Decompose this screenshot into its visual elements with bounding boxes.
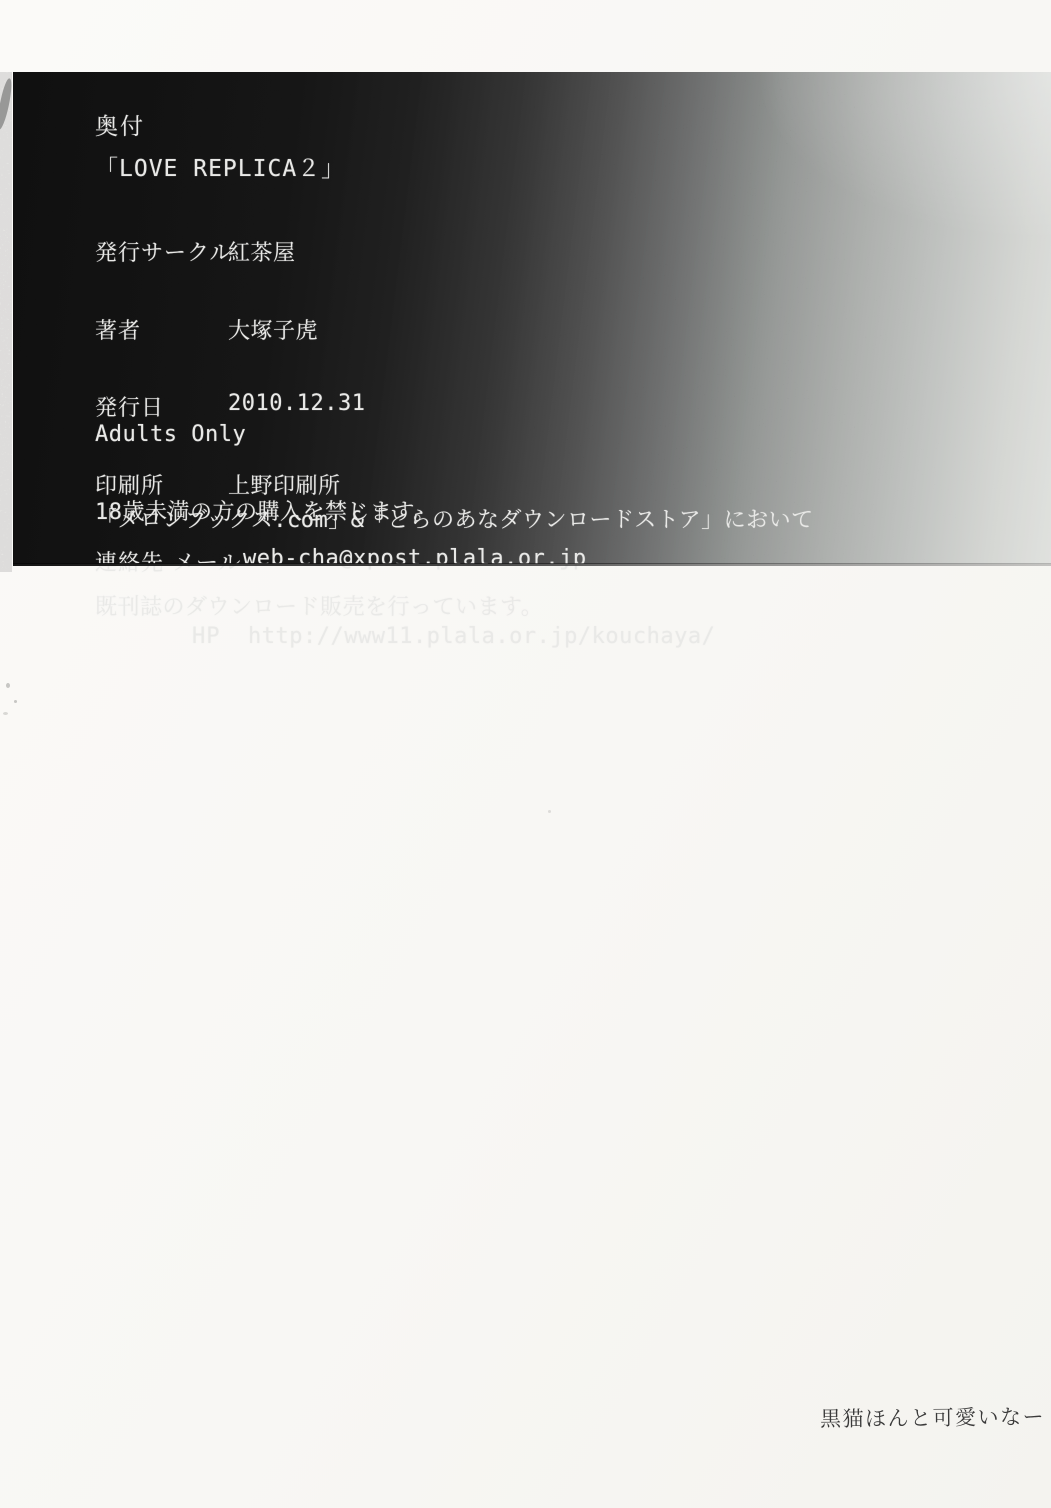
info-value: 大塚子虎 xyxy=(228,314,318,345)
info-label: 著者 xyxy=(95,314,141,345)
info-row-circle: 発行サークル 紅茶屋 xyxy=(95,236,201,264)
colophon-block: 奥付 「LOVE REPLICA２」 発行サークル 紅茶屋 著者 大塚子虎 発行… xyxy=(13,72,1051,564)
dust-speck xyxy=(6,683,10,688)
left-margin-speckle xyxy=(0,72,12,572)
info-value: 紅茶屋 xyxy=(228,236,296,267)
book-title: 「LOVE REPLICA２」 xyxy=(95,150,345,183)
dust-speck xyxy=(548,810,551,813)
adults-only-label: Adults Only xyxy=(95,422,436,448)
info-row-author: 著者 大塚子虎 xyxy=(95,314,201,342)
colophon-section-title: 奥付 xyxy=(95,108,145,141)
info-label: 発行サークル xyxy=(95,236,232,267)
dust-speck xyxy=(3,712,8,715)
block-bottom-scan-edge xyxy=(13,563,1051,566)
download-sales-line: 既刊誌のダウンロード販売を行っています。 xyxy=(95,593,814,622)
handwritten-margin-note: 黒猫ほんと可愛いなー xyxy=(820,1401,1045,1433)
dust-speck xyxy=(14,700,17,703)
store-names-line: 「メロンブックス.com」&「とらのあなダウンロードストア」において xyxy=(95,506,814,535)
scanned-page: 奥付 「LOVE REPLICA２」 発行サークル 紅茶屋 著者 大塚子虎 発行… xyxy=(0,0,1051,1508)
